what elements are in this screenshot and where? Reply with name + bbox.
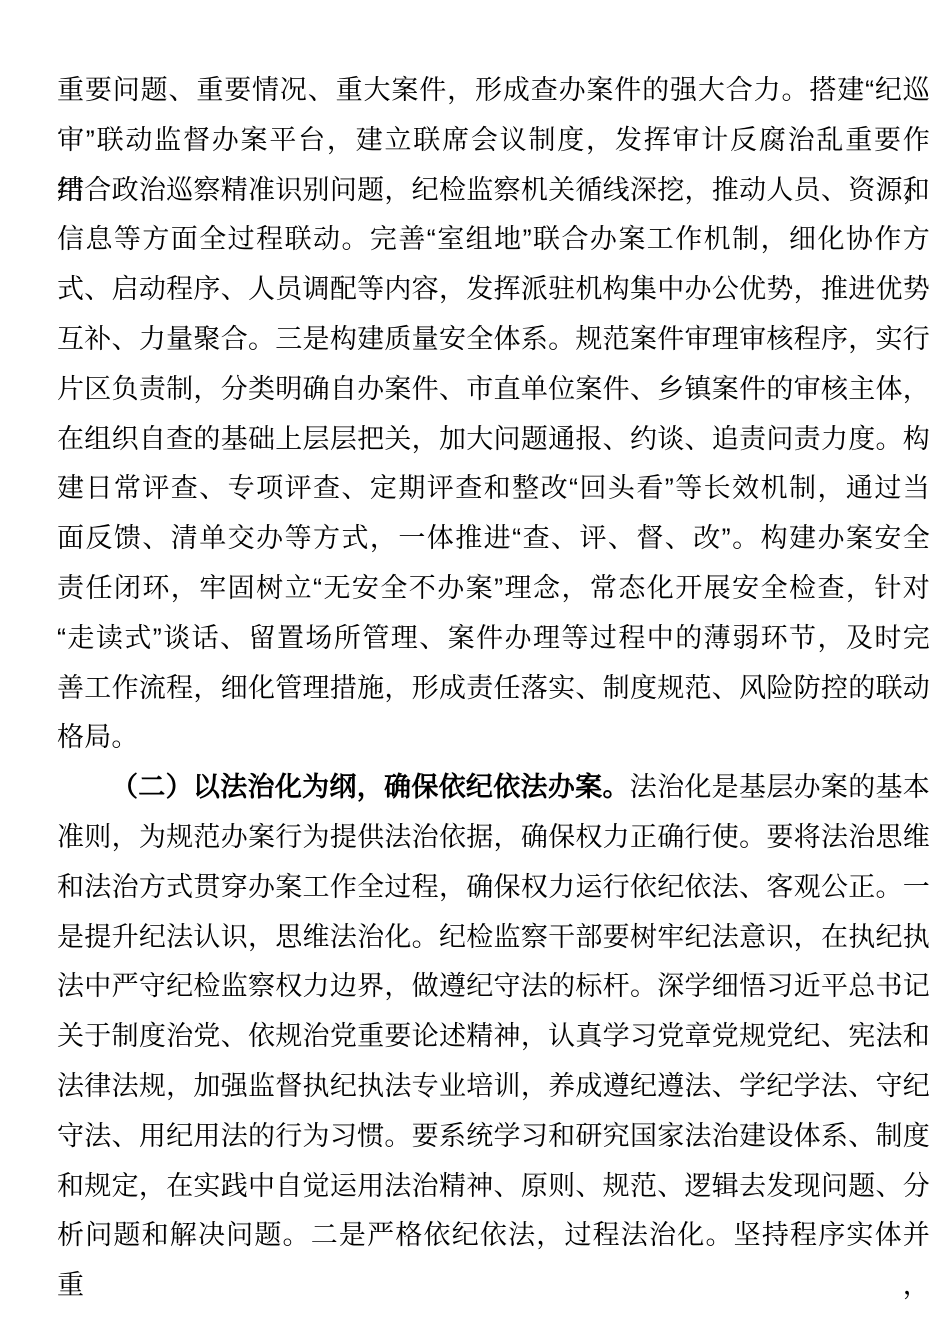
body-text: 关于制度治党、依规治党重要论述精神，认真学习党章党规党纪、宪法和: [57, 1021, 930, 1051]
section-heading-text: （二）以法治化为纲，确保依纪依法办案。: [111, 772, 630, 802]
body-text: 面反馈、清单交办等方式，一体推进“查、评、督、改”。构建办案安全: [57, 523, 930, 553]
text-line: 和规定，在实践中自觉运用法治精神、原则、规范、逻辑去发现问题、分: [57, 1162, 930, 1212]
body-text: 准则，为规范办案行为提供法治依据，确保权力正确行使。要将法治思维: [57, 822, 930, 852]
text-line: 法中严守纪检监察权力边界，做遵纪守法的标杆。深学细悟习近平总书记: [57, 962, 930, 1012]
text-line: 结合政治巡察精准识别问题，纪检监察机关循线深挖，推动人员、资源和: [57, 166, 930, 216]
body-text: 和规定，在实践中自觉运用法治精神、原则、规范、逻辑去发现问题、分: [57, 1171, 930, 1201]
body-text: 在组织自查的基础上层层把关，加大问题通报、约谈、追责问责力度。构: [57, 424, 930, 454]
document-text-block: 重要问题、重要情况、重大案件，形成查办案件的强大合力。搭建“纪巡审”联动监督办案…: [57, 66, 930, 1261]
body-text: 法治化是基层办案的基本: [630, 772, 930, 802]
text-line: 片区负责制，分类明确自办案件、市直单位案件、乡镇案件的审核主体，: [57, 365, 930, 415]
text-line: 格局。: [57, 713, 930, 763]
body-text: 重要问题、重要情况、重大案件，形成查办案件的强大合力。搭建“纪巡: [57, 75, 930, 105]
body-text: 善工作流程，细化管理措施，形成责任落实、制度规范、风险防控的联动: [57, 673, 930, 703]
text-line: 析问题和解决问题。二是严格依纪依法，过程法治化。坚持程序实体并重，: [57, 1211, 930, 1261]
text-line: 善工作流程，细化管理措施，形成责任落实、制度规范、风险防控的联动: [57, 664, 930, 714]
body-text: 法律法规，加强监督执纪执法专业培训，养成遵纪遵法、学纪学法、守纪: [57, 1071, 930, 1101]
body-text: 结合政治巡察精准识别问题，纪检监察机关循线深挖，推动人员、资源和: [57, 175, 930, 205]
text-line: 互补、力量聚合。三是构建质量安全体系。规范案件审理审核程序，实行: [57, 315, 930, 365]
body-text: 片区负责制，分类明确自办案件、市直单位案件、乡镇案件的审核主体，: [57, 374, 930, 404]
body-text: 建日常评查、专项评查、定期评查和整改“回头看”等长效机制，通过当: [57, 473, 930, 503]
body-text: 互补、力量聚合。三是构建质量安全体系。规范案件审理审核程序，实行: [57, 324, 930, 354]
text-line: 式、启动程序、人员调配等内容，发挥派驻机构集中办公优势，推进优势: [57, 265, 930, 315]
document-page: 重要问题、重要情况、重大案件，形成查办案件的强大合力。搭建“纪巡审”联动监督办案…: [0, 0, 950, 1344]
text-line: 法律法规，加强监督执纪执法专业培训，养成遵纪遵法、学纪学法、守纪: [57, 1062, 930, 1112]
body-text: 式、启动程序、人员调配等内容，发挥派驻机构集中办公优势，推进优势: [57, 274, 930, 304]
body-text: 守法、用纪用法的行为习惯。要系统学习和研究国家法治建设体系、制度: [57, 1121, 930, 1151]
body-text: 是提升纪法认识，思维法治化。纪检监察干部要树牢纪法意识，在执纪执: [57, 922, 930, 952]
text-line: 重要问题、重要情况、重大案件，形成查办案件的强大合力。搭建“纪巡: [57, 66, 930, 116]
body-text: 析问题和解决问题。二是严格依纪依法，过程法治化。坚持程序实体并重，: [57, 1220, 930, 1300]
body-text: 责任闭环，牢固树立“无安全不办案”理念，常态化开展安全检查，针对: [57, 573, 930, 603]
text-line: 面反馈、清单交办等方式，一体推进“查、评、督、改”。构建办案安全: [57, 514, 930, 564]
text-line: 责任闭环，牢固树立“无安全不办案”理念，常态化开展安全检查，针对: [57, 564, 930, 614]
body-text: 格局。: [57, 722, 139, 752]
text-line: 信息等方面全过程联动。完善“室组地”联合办案工作机制，细化协作方: [57, 215, 930, 265]
text-line: 是提升纪法认识，思维法治化。纪检监察干部要树牢纪法意识，在执纪执: [57, 913, 930, 963]
text-line: 关于制度治党、依规治党重要论述精神，认真学习党章党规党纪、宪法和: [57, 1012, 930, 1062]
text-line: 守法、用纪用法的行为习惯。要系统学习和研究国家法治建设体系、制度: [57, 1112, 930, 1162]
text-line: 审”联动监督办案平台，建立联席会议制度，发挥审计反腐治乱重要作用，: [57, 116, 930, 166]
text-line: 在组织自查的基础上层层把关，加大问题通报、约谈、追责问责力度。构: [57, 415, 930, 465]
body-text: 法中严守纪检监察权力边界，做遵纪守法的标杆。深学细悟习近平总书记: [57, 971, 930, 1001]
body-text: 和法治方式贯穿办案工作全过程，确保权力运行依纪依法、客观公正。一: [57, 872, 930, 902]
text-line: “走读式”谈话、留置场所管理、案件办理等过程中的薄弱环节，及时完: [57, 614, 930, 664]
text-line: 和法治方式贯穿办案工作全过程，确保权力运行依纪依法、客观公正。一: [57, 863, 930, 913]
body-text: 信息等方面全过程联动。完善“室组地”联合办案工作机制，细化协作方: [57, 224, 930, 254]
text-line: 建日常评查、专项评查、定期评查和整改“回头看”等长效机制，通过当: [57, 464, 930, 514]
body-text: “走读式”谈话、留置场所管理、案件办理等过程中的薄弱环节，及时完: [57, 623, 930, 653]
text-line: （二）以法治化为纲，确保依纪依法办案。法治化是基层办案的基本: [57, 763, 930, 813]
text-line: 准则，为规范办案行为提供法治依据，确保权力正确行使。要将法治思维: [57, 813, 930, 863]
